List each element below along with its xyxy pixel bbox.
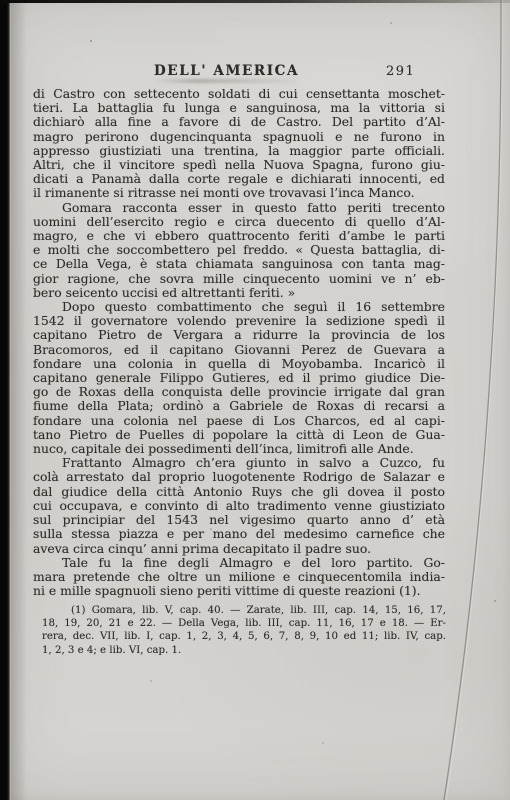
scan-edge-left-shadow (11, 0, 27, 800)
page-header: DELL' AMERICA 291 (33, 63, 445, 81)
text-line: fiume della Plata; ordinò a Gabriele de … (33, 399, 445, 413)
text-line: bero seicento uccisi ed altrettanti feri… (33, 286, 445, 300)
text-line: il rimanente si ritrasse nei monti ove t… (33, 186, 445, 200)
text-line: ni e mille spagnuoli sieno periti vittim… (33, 584, 445, 598)
text-line: Bracomoros, ed il capitano Giovanni Pere… (33, 343, 445, 357)
text-line: 1542 il governatore volendo prevenire la… (33, 314, 445, 328)
text-line: di Castro con settecento soldati di cui … (33, 87, 445, 101)
scan-noise (90, 40, 92, 42)
text-line: ce Della Vega, è stata chiamata sanguino… (33, 257, 445, 271)
text-line: nuco, capitale dei possedimenti dell’inc… (33, 442, 445, 456)
text-line: Dopo questo combattimento che seguì il 1… (33, 300, 445, 314)
text-line: Gomara racconta esser in questo fatto pe… (33, 201, 445, 215)
text-line: magro, e che vi ebbero quattrocento feri… (33, 229, 445, 243)
text-line: rera, dec. VII, lib. I, cap. 1, 2, 3, 4,… (42, 630, 446, 643)
paragraph: Dopo questo combattimento che seguì il 1… (33, 300, 445, 456)
text-line: dichiarò alla fine a favore di de Castro… (33, 115, 445, 129)
text-line: appresso giustiziati una trentina, la ma… (33, 144, 445, 158)
paragraph: Frattanto Almagro ch’era giunto in salvo… (33, 456, 445, 555)
page-title: DELL' AMERICA (154, 63, 299, 79)
text-line: tieri. La battaglia fu lunga e sanguinos… (33, 101, 445, 115)
text-line: go de Roxas della conquista delle provin… (33, 385, 445, 399)
text-line: capitano Pietro de Vergara a ridurre la … (33, 328, 445, 342)
text-line: cui occupava, e convinto di alto tradime… (33, 499, 445, 513)
text-line: Tale fu la fine degli Almagro e del loro… (33, 556, 445, 570)
text-line: gior ragione, che sovra mille cinquecent… (33, 272, 445, 286)
text-line: capitano generale Filippo Gutieres, ed i… (33, 371, 445, 385)
footnote: (1) Gomara, lib. V, cap. 40. — Zarate, l… (42, 604, 446, 657)
text-line: sul principiar del 1543 nel vigesimo qua… (33, 513, 445, 527)
text-line: uomini dell’esercito regio e circa duece… (33, 215, 445, 229)
text-line: mara pretende che oltre un milione e cin… (33, 570, 445, 584)
scan-edge-left (0, 0, 11, 800)
paragraph: Gomara racconta esser in questo fatto pe… (33, 201, 445, 300)
text-line: 18, 19, 20, 21 e 22. — Della Vega, lib. … (42, 617, 446, 630)
text-line: dicati a Panamà dalla corte regale e dic… (33, 172, 445, 186)
page-number: 291 (386, 64, 415, 79)
text-line: tano Pietro de Puelles di popolare la ci… (33, 428, 445, 442)
text-line: Frattanto Almagro ch’era giunto in salvo… (33, 456, 445, 470)
text-line: magro perirono dugencinquanta spagnuoli … (33, 130, 445, 144)
text-line: e molti che soccombettero pel freddo. « … (33, 243, 445, 257)
text-line: (1) Gomara, lib. V, cap. 40. — Zarate, l… (42, 604, 446, 617)
text-line: fondare una colonia nel paese di Los Cha… (33, 414, 445, 428)
text-line: sulla stessa piazza e per mano del medes… (33, 527, 445, 541)
text-line: dal giudice della città Antonio Ruys che… (33, 485, 445, 499)
text-line: Altri, che il vincitore spedì nella Nuov… (33, 158, 445, 172)
scan-edge-top (0, 0, 510, 3)
text-line: fondare una colonia in quella di Moyobam… (33, 357, 445, 371)
paragraph: Tale fu la fine degli Almagro e del loro… (33, 556, 445, 599)
book-page: DELL' AMERICA 291 di Castro con settecen… (0, 0, 510, 800)
paragraph: di Castro con settecento soldati di cui … (33, 87, 445, 201)
text-line: colà arrestato dal proprio luogotenente … (33, 470, 445, 484)
text-line: aveva circa cinqu’ anni prima decapitato… (33, 542, 445, 556)
text-line: 1, 2, 3 e 4; e lib. VI, cap. 1. (42, 644, 446, 657)
text-block: di Castro con settecento soldati di cui … (33, 87, 445, 598)
